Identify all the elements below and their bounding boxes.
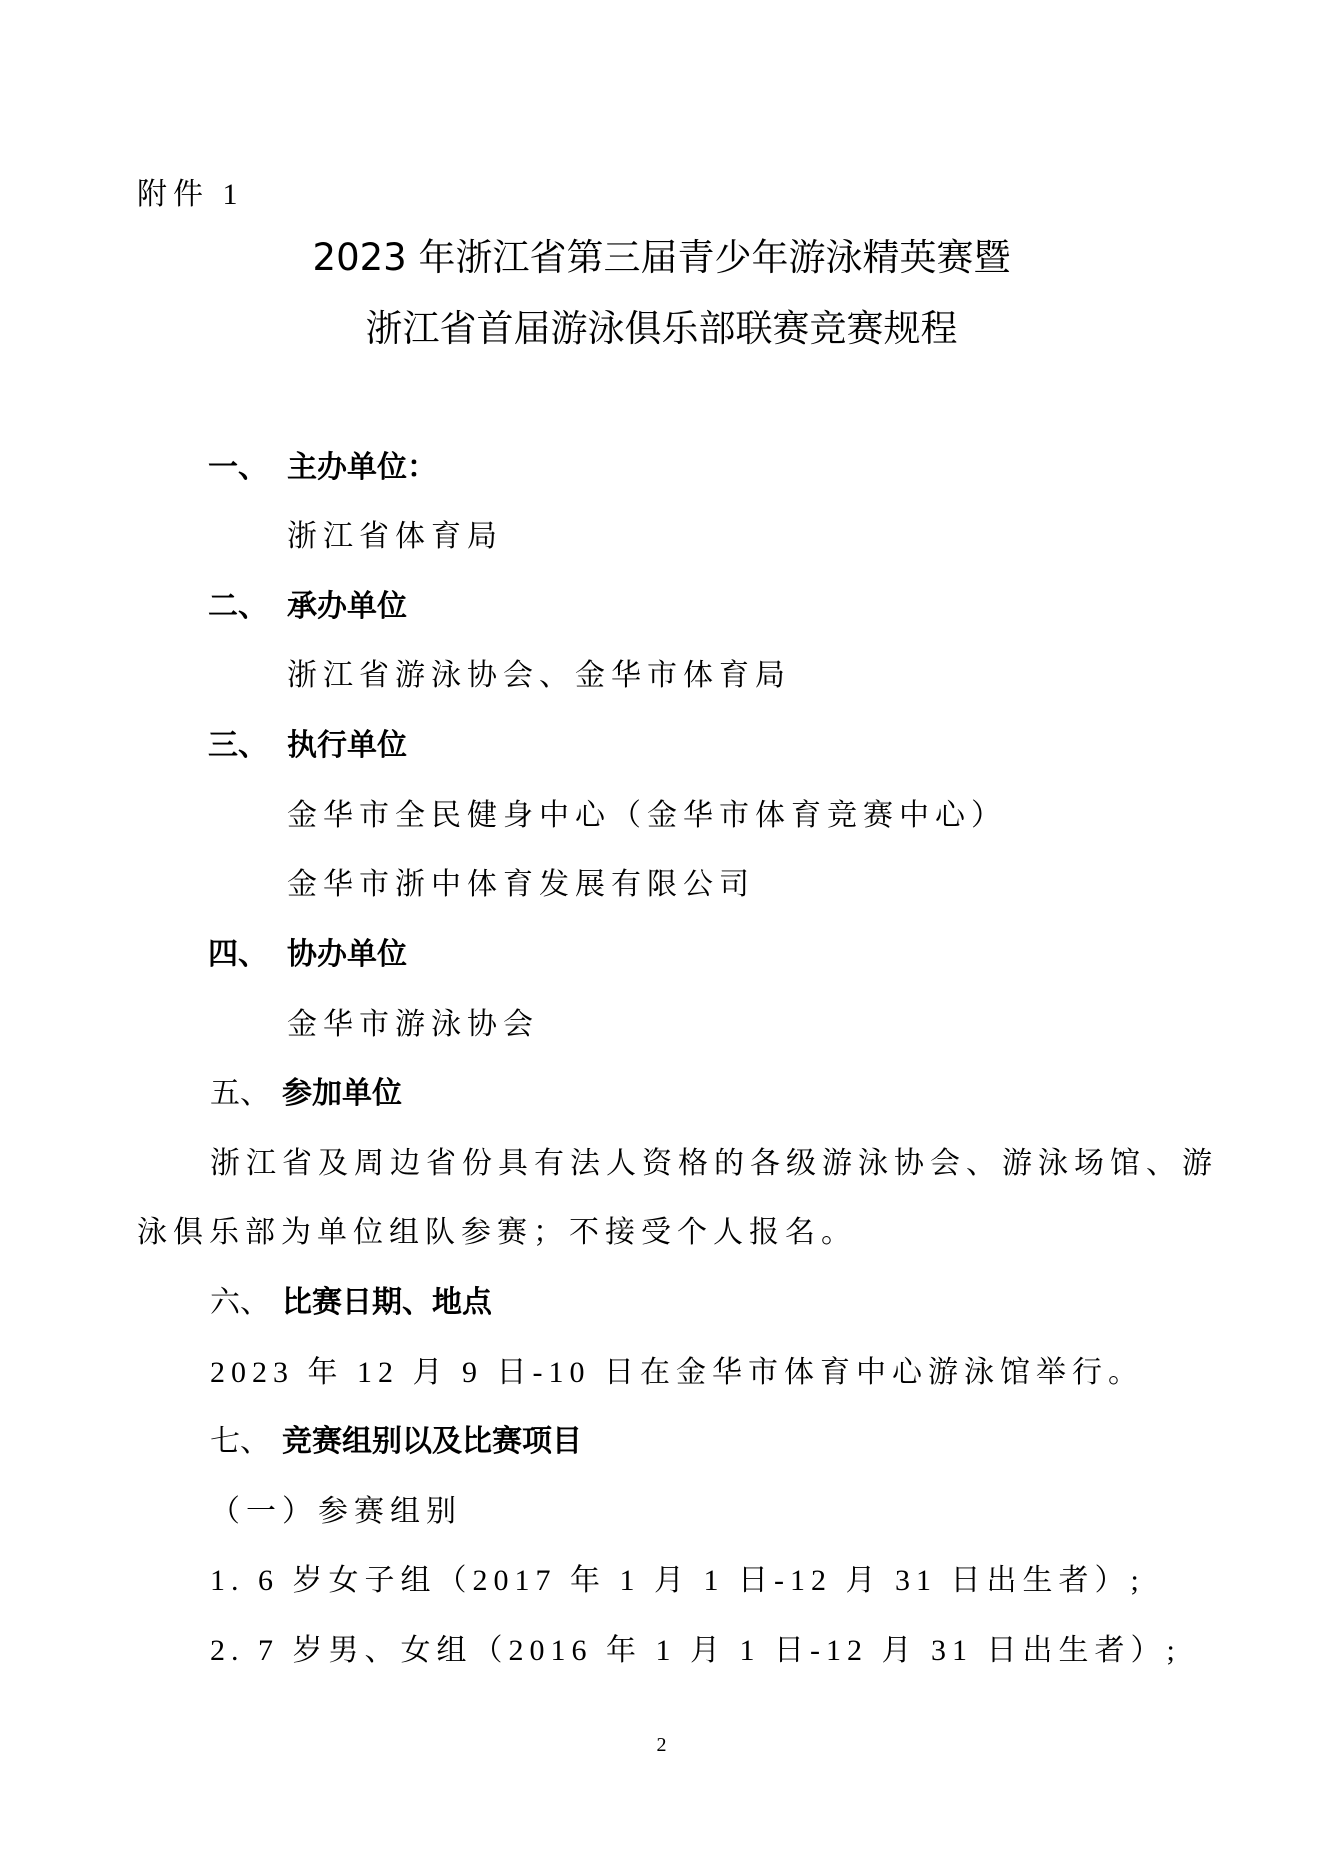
- section-heading-5: 五、参加单位: [210, 1079, 402, 1109]
- section-number: 一、: [208, 453, 287, 483]
- section-heading-7: 七、竞赛组别以及比赛项目: [210, 1427, 582, 1457]
- section-content: 浙江省体育局: [287, 522, 503, 552]
- section-content: 金华市游泳协会: [287, 1010, 539, 1040]
- subsection-label: （一）参赛组别: [210, 1497, 462, 1527]
- section-number: 三、: [208, 731, 287, 761]
- document-page: 附件 1 2023 年浙江省第三届青少年游泳精英赛暨 浙江省首届游泳俱乐部联赛竞…: [0, 0, 1323, 1871]
- section-title: 承办单位: [287, 589, 407, 624]
- section-heading-4: 四、协办单位: [208, 940, 407, 970]
- section-heading-6: 六、比赛日期、地点: [210, 1288, 492, 1318]
- section-title: 参加单位: [282, 1076, 402, 1111]
- attachment-label: 附件 1: [137, 180, 244, 210]
- section-content: 金华市全民健身中心（金华市体育竞赛中心）: [287, 801, 1007, 831]
- section-number: 七、: [210, 1427, 282, 1457]
- list-item: 1. 6 岁女子组（2017 年 1 月 1 日-12 月 31 日出生者）;: [210, 1566, 1145, 1596]
- section-number: 五、: [210, 1079, 282, 1109]
- section-content: 泳俱乐部为单位组队参赛；不接受个人报名。: [137, 1218, 857, 1248]
- section-number: 二、: [208, 592, 287, 622]
- section-title: 比赛日期、地点: [282, 1285, 492, 1320]
- list-item: 2. 7 岁男、女组（2016 年 1 月 1 日-12 月 31 日出生者）;: [210, 1636, 1181, 1666]
- section-number: 六、: [210, 1288, 282, 1318]
- document-title-line-1: 2023 年浙江省第三届青少年游泳精英赛暨: [0, 239, 1323, 276]
- section-content: 2023 年 12 月 9 日-10 日在金华市体育中心游泳馆举行。: [210, 1358, 1144, 1388]
- section-content: 金华市浙中体育发展有限公司: [287, 870, 755, 900]
- document-title-line-2: 浙江省首届游泳俱乐部联赛竞赛规程: [0, 310, 1323, 347]
- section-title: 执行单位: [287, 728, 407, 763]
- section-heading-3: 三、执行单位: [208, 731, 407, 761]
- section-title: 竞赛组别以及比赛项目: [282, 1424, 582, 1459]
- section-content: 浙江省游泳协会、金华市体育局: [287, 661, 791, 691]
- section-content: 浙江省及周边省份具有法人资格的各级游泳协会、游泳场馆、游: [210, 1149, 1218, 1179]
- section-number: 四、: [208, 940, 287, 970]
- section-title: 主办单位：: [287, 450, 437, 485]
- section-heading-1: 一、主办单位：: [208, 453, 437, 483]
- section-heading-2: 二、承办单位: [208, 592, 407, 622]
- section-title: 协办单位: [287, 937, 407, 972]
- page-number: 2: [0, 1735, 1323, 1755]
